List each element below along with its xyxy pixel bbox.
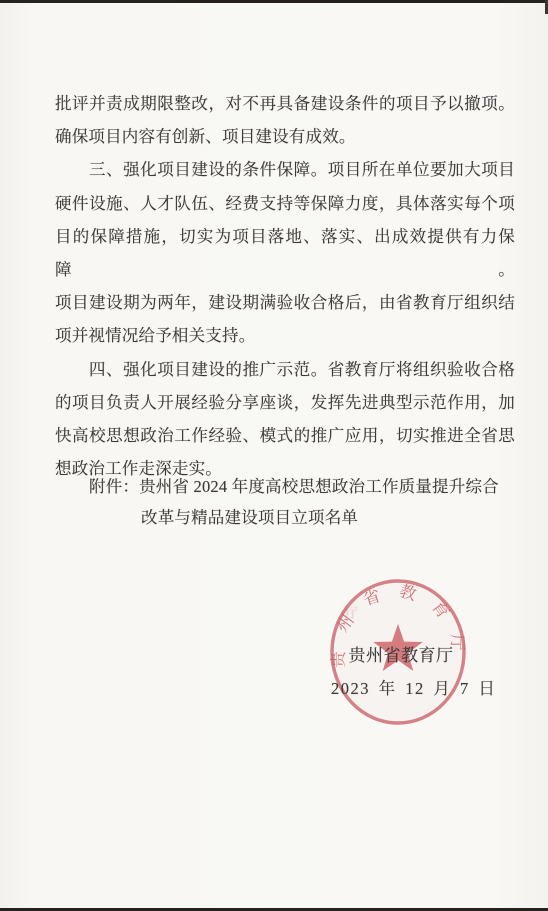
document-page: 批评并责成期限整改，对不再具备建设条件的项目予以撤项。 确保项目内容有创新、项目… <box>0 0 548 911</box>
scan-border-top <box>0 0 548 3</box>
signature-date: 2023 年 12 月 7 日 <box>331 675 496 699</box>
body-line-section-4: 四、强化项目建设的推广示范。省教育厅将组织验收合格 <box>55 353 515 386</box>
body-line: 目的保障措施，切实为项目落地、落实、出成效提供有力保障。 <box>55 220 515 286</box>
body-line: 项并视情况给予相关支持。 <box>55 319 515 352</box>
body-line: 快高校思想政治工作经验、模式的推广应用，切实推进全省思 <box>55 419 515 452</box>
body-line: 批评并责成期限整改，对不再具备建设条件的项目予以撤项。 <box>55 87 515 120</box>
attachment-reference: 附件：贵州省 2024 年度高校思想政治工作质量提升综合 改革与精品建设项目立项… <box>55 471 515 533</box>
attachment-line-1: 附件：贵州省 2024 年度高校思想政治工作质量提升综合 <box>55 471 515 502</box>
body-line: 确保项目内容有创新、项目建设有成效。 <box>55 120 515 153</box>
body-line: 硬件设施、人才队伍、经费支持等保障力度，具体落实每个项 <box>55 187 515 220</box>
body-line-section-3: 三、强化项目建设的条件保障。项目所在单位要加大项目 <box>55 153 515 186</box>
body-line: 项目建设期为两年，建设期满验收合格后，由省教育厅组织结 <box>55 286 515 319</box>
document-body: 批评并责成期限整改，对不再具备建设条件的项目予以撤项。 确保项目内容有创新、项目… <box>55 87 515 485</box>
signature-organization: 贵州省教育厅 <box>340 641 462 666</box>
body-line: 的项目负责人开展经验分享座谈，发挥先进典型示范作用，加 <box>55 386 515 419</box>
attachment-line-2: 改革与精品建设项目立项名单 <box>55 502 515 533</box>
